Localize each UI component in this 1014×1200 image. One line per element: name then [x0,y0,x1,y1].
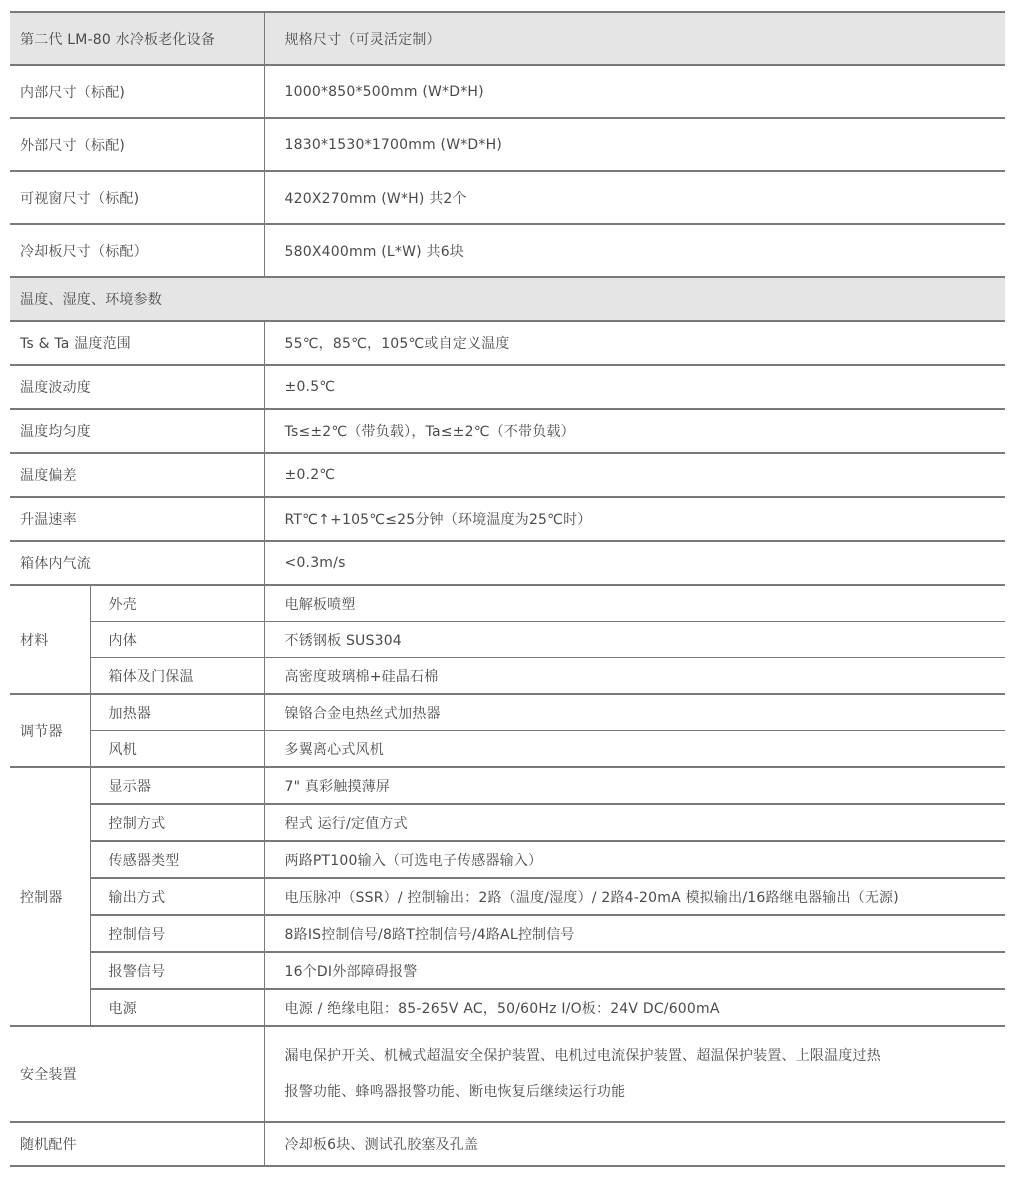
row-label: 外壳 [90,585,264,622]
table-row: 温度波动度 ±0.5℃ [10,365,1005,409]
header-spec-title: 规格尺寸（可灵活定制） [264,12,1005,65]
row-value: 冷却板6块、测试孔胶塞及孔盖 [264,1122,1005,1166]
row-label: 温度偏差 [10,453,264,497]
table-row: 箱体及门保温 高密度玻璃棉+硅晶石棉 [10,658,1005,695]
row-label: 可视窗尺寸（标配) [10,171,264,224]
row-label: 加热器 [90,694,264,731]
row-value: 电压脉冲（SSR）/ 控制输出：2路（温度/湿度）/ 2路4-20mA 模拟输出… [264,878,1005,915]
row-value: 两路PT100输入（可选电子传感器输入） [264,841,1005,878]
row-label: Ts & Ta 温度范围 [10,321,264,365]
group-label-materials: 材料 [10,585,90,694]
row-label: 传感器类型 [90,841,264,878]
row-label: 风机 [90,731,264,768]
row-label: 控制方式 [90,804,264,841]
header-product-name: 第二代 LM-80 水冷板老化设备 [10,12,264,65]
table-row: 控制信号 8路IS控制信号/8路T控制信号/4路AL控制信号 [10,915,1005,952]
row-label: 温度均匀度 [10,409,264,453]
safety-line-2: 报警功能、蜂鸣器报警功能、断电恢复后继续运行功能 [285,1074,1006,1110]
table-row: 内体 不锈钢板 SUS304 [10,622,1005,658]
row-value: 55℃，85℃，105℃或自定义温度 [264,321,1005,365]
table-row: 报警信号 16个DI外部障碍报警 [10,952,1005,989]
group-label-regulator: 调节器 [10,694,90,767]
row-label: 内部尺寸（标配) [10,65,264,118]
row-label: 控制信号 [90,915,264,952]
table-row: 冷却板尺寸（标配） 580X400mm (L*W) 共6块 [10,224,1005,277]
row-value: 1000*850*500mm (W*D*H) [264,65,1005,118]
table-row: 材料 外壳 电解板喷塑 [10,585,1005,622]
table-header-row: 第二代 LM-80 水冷板老化设备 规格尺寸（可灵活定制） [10,12,1005,65]
row-value: 高密度玻璃棉+硅晶石棉 [264,658,1005,695]
table-row: 控制器 显示器 7" 真彩触摸薄屏 [10,767,1005,804]
row-value: ±0.5℃ [264,365,1005,409]
row-value: 16个DI外部障碍报警 [264,952,1005,989]
table-row: 内部尺寸（标配) 1000*850*500mm (W*D*H) [10,65,1005,118]
table-row: 风机 多翼离心式风机 [10,731,1005,768]
row-value: 电解板喷塑 [264,585,1005,622]
row-value: 镍铬合金电热丝式加热器 [264,694,1005,731]
table-row: Ts & Ta 温度范围 55℃，85℃，105℃或自定义温度 [10,321,1005,365]
row-value: 7" 真彩触摸薄屏 [264,767,1005,804]
row-value: 580X400mm (L*W) 共6块 [264,224,1005,277]
row-value: 1830*1530*1700mm (W*D*H) [264,118,1005,171]
row-label: 箱体及门保温 [90,658,264,695]
row-label: 显示器 [90,767,264,804]
row-label: 箱体内气流 [10,541,264,585]
row-value: 漏电保护开关、机械式超温安全保护装置、电机过电流保护装置、超温保护装置、上限温度… [264,1026,1005,1122]
table-row: 输出方式 电压脉冲（SSR）/ 控制输出：2路（温度/湿度）/ 2路4-20mA… [10,878,1005,915]
table-row: 电源 电源 / 绝缘电阻：85-265V AC，50/60Hz I/O板：24V… [10,989,1005,1026]
row-value: 程式 运行/定值方式 [264,804,1005,841]
row-value: ±0.2℃ [264,453,1005,497]
section-header-env: 温度、湿度、环境参数 [10,277,1005,321]
table-row: 调节器 加热器 镍铬合金电热丝式加热器 [10,694,1005,731]
table-row: 外部尺寸（标配) 1830*1530*1700mm (W*D*H) [10,118,1005,171]
table-row: 升温速率 RT℃↑+105℃≤25分钟（环境温度为25℃时） [10,497,1005,541]
row-label: 安全装置 [10,1026,264,1122]
row-label: 输出方式 [90,878,264,915]
row-value: 电源 / 绝缘电阻：85-265V AC，50/60Hz I/O板：24V DC… [264,989,1005,1026]
table-row-safety: 安全装置 漏电保护开关、机械式超温安全保护装置、电机过电流保护装置、超温保护装置… [10,1026,1005,1122]
table-row: 温度偏差 ±0.2℃ [10,453,1005,497]
row-label: 报警信号 [90,952,264,989]
row-value: <0.3m/s [264,541,1005,585]
row-label: 电源 [90,989,264,1026]
safety-line-1: 漏电保护开关、机械式超温安全保护装置、电机过电流保护装置、超温保护装置、上限温度… [285,1038,1006,1074]
table-row: 控制方式 程式 运行/定值方式 [10,804,1005,841]
row-label: 升温速率 [10,497,264,541]
row-value: 不锈钢板 SUS304 [264,622,1005,658]
group-label-controller: 控制器 [10,767,90,1026]
row-label: 冷却板尺寸（标配） [10,224,264,277]
row-label: 随机配件 [10,1122,264,1166]
row-value: 420X270mm (W*H) 共2个 [264,171,1005,224]
row-value: Ts≤±2℃（带负载），Ta≤±2℃（不带负载） [264,409,1005,453]
row-label: 外部尺寸（标配) [10,118,264,171]
row-label: 温度波动度 [10,365,264,409]
section-title: 温度、湿度、环境参数 [10,277,1005,321]
row-value: RT℃↑+105℃≤25分钟（环境温度为25℃时） [264,497,1005,541]
table-row: 箱体内气流 <0.3m/s [10,541,1005,585]
row-value: 8路IS控制信号/8路T控制信号/4路AL控制信号 [264,915,1005,952]
table-row: 温度均匀度 Ts≤±2℃（带负载），Ta≤±2℃（不带负载） [10,409,1005,453]
row-label: 内体 [90,622,264,658]
table-row: 传感器类型 两路PT100输入（可选电子传感器输入） [10,841,1005,878]
row-value: 多翼离心式风机 [264,731,1005,768]
table-row: 可视窗尺寸（标配) 420X270mm (W*H) 共2个 [10,171,1005,224]
spec-table: 第二代 LM-80 水冷板老化设备 规格尺寸（可灵活定制） 内部尺寸（标配) 1… [10,11,1005,1167]
table-row-accessories: 随机配件 冷却板6块、测试孔胶塞及孔盖 [10,1122,1005,1166]
